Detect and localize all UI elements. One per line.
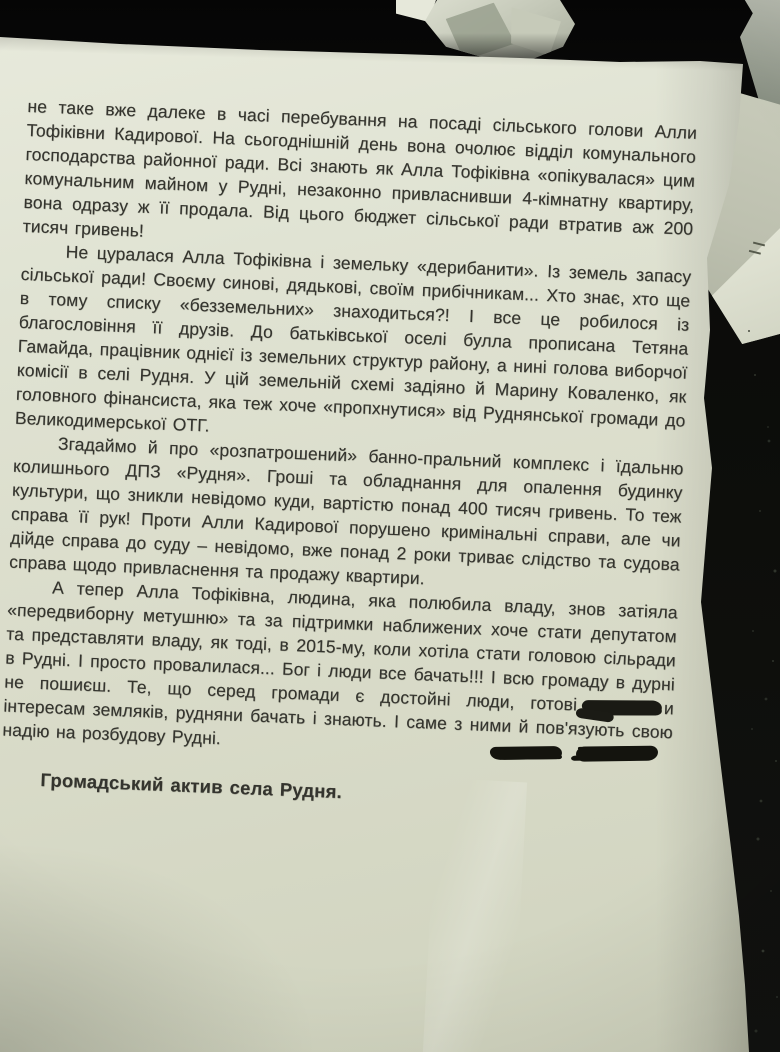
dust-speckles: [748, 330, 750, 332]
photo-scene: не таке вже далеке в часі перебування на…: [0, 0, 780, 1052]
paper-crease-highlight: [423, 778, 527, 1052]
document-paper: не таке вже далеке в часі перебування на…: [0, 0, 780, 1052]
document-text: не таке вже далеке в часі перебування на…: [0, 94, 697, 817]
redaction-scribble: [490, 740, 659, 767]
paragraph-3: Згадаймо й про «розпатрошений» банно-пра…: [9, 430, 684, 601]
crumpled-object: [425, 0, 575, 60]
object-bottom-shade: [425, 0, 575, 60]
paper-corner-shading: [0, 840, 320, 1052]
paragraph-2: Не цуралася Алла Тофіківна і земельку «д…: [15, 238, 692, 457]
paragraph-1: не таке вже далеке в часі перебування на…: [22, 94, 697, 265]
redaction-marker-word: [582, 700, 662, 714]
sheet-small-marks: [753, 242, 765, 247]
paragraph-4-text-before: А тепер Алла Тофіківна, людина, яка полю…: [4, 577, 678, 714]
paragraph-4: А тепер Алла Тофіківна, людина, яка полю…: [2, 574, 678, 769]
signature-line: Громадський актив села Рудня.: [0, 766, 670, 817]
